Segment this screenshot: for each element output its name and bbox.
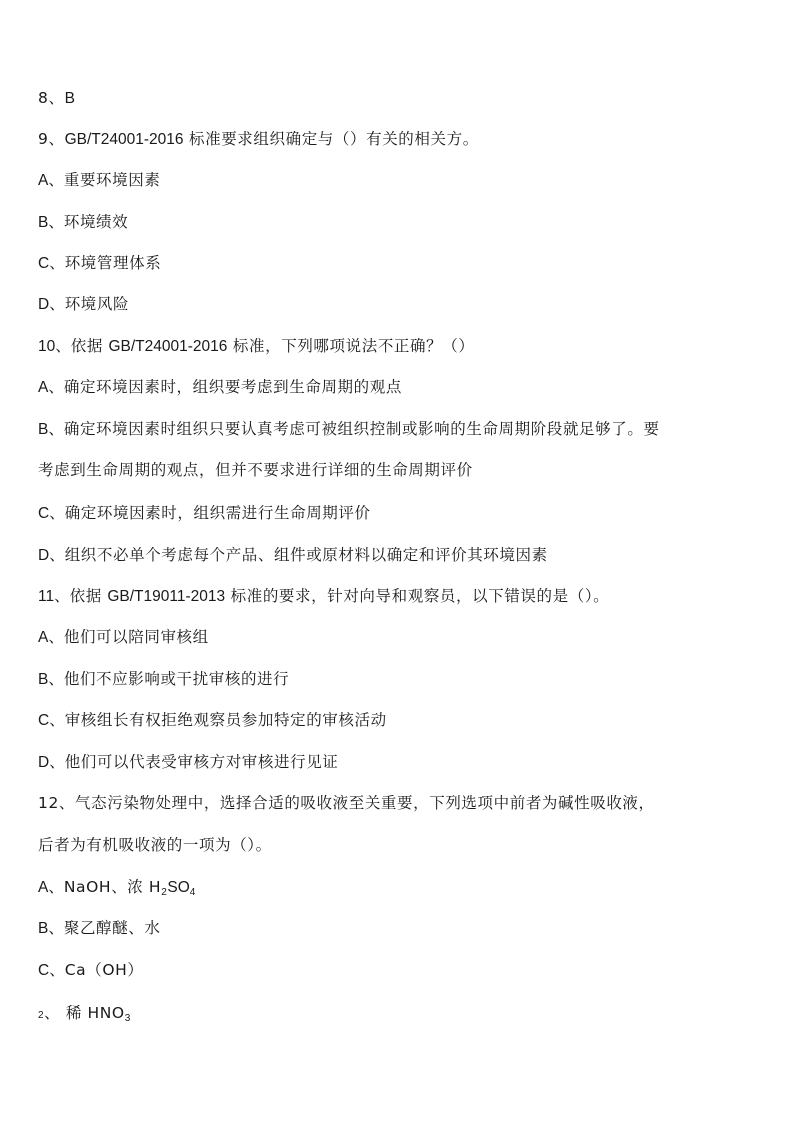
option-text: 环境绩效 <box>64 213 128 231</box>
separator: 、 <box>44 1004 66 1022</box>
question-text: 标准，下列哪项说法不正确？（） <box>227 337 474 355</box>
option-label: C、 <box>38 505 65 522</box>
option-label: A、 <box>38 879 64 896</box>
question-11-option-b: B、他们不应影响或干扰审核的进行 <box>38 669 289 690</box>
question-text: 标准的要求，针对向导和观察员，以下错误的是（）。 <box>225 587 609 605</box>
question-9-option-a: A、重要环境因素 <box>38 170 160 191</box>
question-number: 12、 <box>38 794 75 812</box>
answer-number: 8、 <box>38 89 65 107</box>
option-label: C、 <box>38 962 65 979</box>
option-text: 确定环境因素时，组织要考虑到生命周期的观点 <box>64 378 402 396</box>
question-text: 标准要求组织确定与（）有关的相关方。 <box>183 130 478 148</box>
standard-code: GB/T24001-2016 <box>65 131 184 148</box>
question-11-option-a: A、他们可以陪同审核组 <box>38 627 209 648</box>
question-10-option-a: A、确定环境因素时，组织要考虑到生命周期的观点 <box>38 377 402 398</box>
option-text-continuation: 考虑到生命周期的观点，但并不要求进行详细的生命周期评价 <box>38 461 473 479</box>
question-9-option-d: D、环境风险 <box>38 294 129 315</box>
option-text: 他们不应影响或干扰审核的进行 <box>64 670 289 688</box>
question-12-stem-continuation: 后者为有机吸收液的一项为（）。 <box>38 835 272 855</box>
question-prefix: 依据 <box>71 337 109 355</box>
question-12-option-c: C、Ca（OH） <box>38 960 143 981</box>
question-prefix: 依据 <box>70 587 108 605</box>
option-text-part: 稀 HNO <box>66 1004 125 1022</box>
question-11-stem: 11、依据 GB/T19011-2013 标准的要求，针对向导和观察员，以下错误… <box>38 586 609 607</box>
option-text: Ca（OH） <box>65 961 144 979</box>
option-label: A、 <box>38 172 64 189</box>
option-text: 聚乙醇醚、水 <box>64 919 161 937</box>
option-label: B、 <box>38 671 64 688</box>
option-label: A、 <box>38 379 64 396</box>
question-9-option-c: C、环境管理体系 <box>38 253 161 274</box>
question-9-stem: 9、GB/T24001-2016 标准要求组织确定与（）有关的相关方。 <box>38 129 479 150</box>
option-text: 环境管理体系 <box>65 254 162 272</box>
option-text: 环境风险 <box>65 295 129 313</box>
document-page: 8、B 9、GB/T24001-2016 标准要求组织确定与（）有关的相关方。 … <box>0 0 793 1122</box>
standard-code: GB/T24001-2016 <box>108 338 227 355</box>
question-number: 11、 <box>38 588 70 605</box>
option-label: A、 <box>38 629 64 646</box>
question-11-option-c: C、审核组长有权拒绝观察员参加特定的审核活动 <box>38 710 387 731</box>
subscript: 4 <box>190 887 196 898</box>
option-label: D、 <box>38 547 65 564</box>
question-10-option-d: D、组织不必单个考虑每个产品、组件或原材料以确定和评价其环境因素 <box>38 545 548 566</box>
option-label: C、 <box>38 255 65 272</box>
question-number: 9、 <box>38 130 65 148</box>
question-9-option-b: B、环境绩效 <box>38 212 128 233</box>
question-11-option-d: D、他们可以代表受审核方对审核进行见证 <box>38 752 338 773</box>
question-10-option-b-continuation: 考虑到生命周期的观点，但并不要求进行详细的生命周期评价 <box>38 460 473 480</box>
option-text: 确定环境因素时组织只要认真考虑可被组织控制或影响的生命周期阶段就足够了。要 <box>64 420 660 438</box>
option-text: 他们可以代表受审核方对审核进行见证 <box>65 753 339 771</box>
question-12-stem: 12、气态污染物处理中，选择合适的吸收液至关重要，下列选项中前者为碱性吸收液， <box>38 793 655 813</box>
option-text: 组织不必单个考虑每个产品、组件或原材料以确定和评价其环境因素 <box>65 546 548 564</box>
answer-8: 8、B <box>38 88 75 109</box>
question-text-continuation: 后者为有机吸收液的一项为（）。 <box>38 836 272 854</box>
subscript: 3 <box>125 1013 131 1024</box>
question-12-option-b: B、聚乙醇醚、水 <box>38 918 160 939</box>
option-label: B、 <box>38 214 64 231</box>
standard-code: GB/T19011-2013 <box>107 588 225 605</box>
option-text: 他们可以陪同审核组 <box>64 628 209 646</box>
option-text: 审核组长有权拒绝观察员参加特定的审核活动 <box>65 711 387 729</box>
option-label: C、 <box>38 712 65 729</box>
question-text: 气态污染物处理中，选择合适的吸收液至关重要，下列选项中前者为碱性吸收液， <box>75 794 655 812</box>
option-text-part: SO <box>167 879 189 896</box>
question-12-option-a: A、NaOH、浓 H2SO4 <box>38 877 196 898</box>
option-label: B、 <box>38 920 64 937</box>
option-label: B、 <box>38 421 64 438</box>
option-text-part: NaOH、浓 H <box>64 878 161 896</box>
option-label: D、 <box>38 754 65 771</box>
option-text: 确定环境因素时，组织需进行生命周期评价 <box>65 504 371 522</box>
question-number: 10、 <box>38 338 71 355</box>
option-label: D、 <box>38 296 65 313</box>
question-10-stem: 10、依据 GB/T24001-2016 标准，下列哪项说法不正确？（） <box>38 336 474 357</box>
question-10-option-b: B、确定环境因素时组织只要认真考虑可被组织控制或影响的生命周期阶段就足够了。要 <box>38 419 660 440</box>
option-text: 重要环境因素 <box>64 171 161 189</box>
question-12-stray-line: 2、 稀 HNO3 <box>38 1003 131 1026</box>
answer-value: B <box>65 90 75 107</box>
question-10-option-c: C、确定环境因素时，组织需进行生命周期评价 <box>38 503 371 524</box>
